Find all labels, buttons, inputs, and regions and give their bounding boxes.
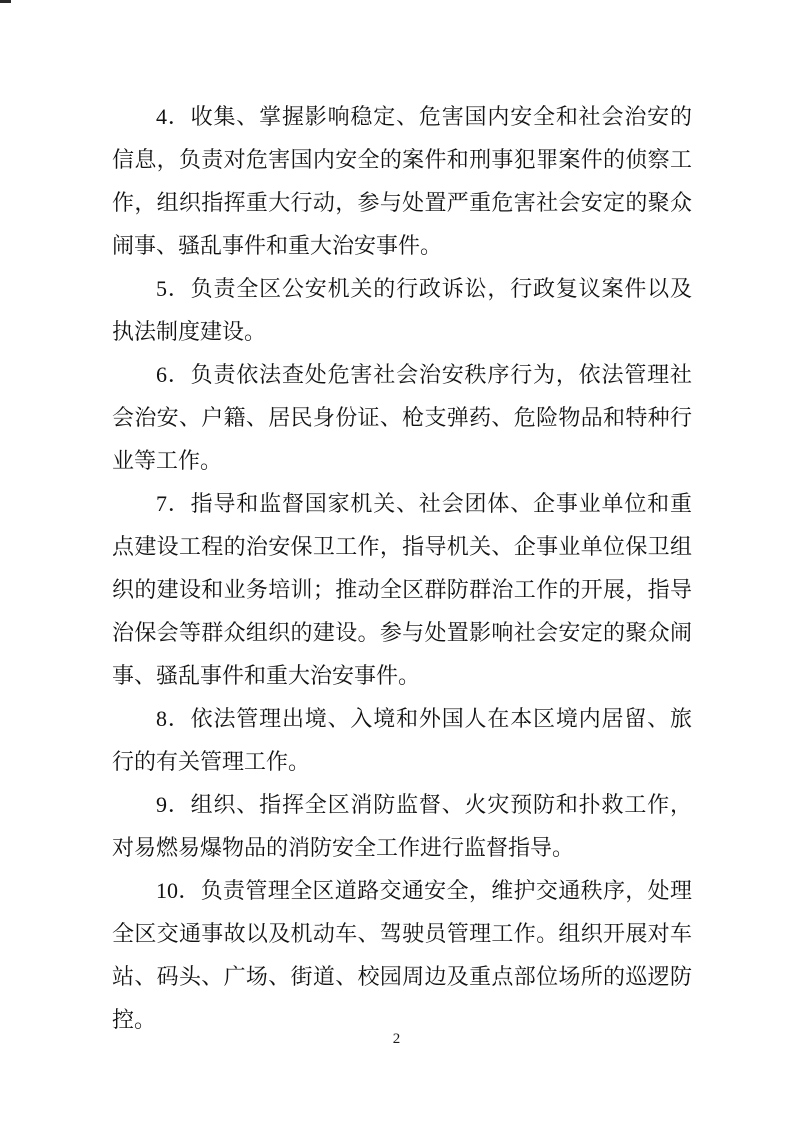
paragraph-2: 5．负责全区公安机关的行政诉讼，行政复议案件以及执法制度建设。 [112,267,692,353]
paragraph-5: 8．依法管理出境、入境和外国人在本区境内居留、旅行的有关管理工作。 [112,697,692,783]
document-body: 4．收集、掌握影响稳定、危害国内安全和社会治安的信息，负责对危害国内安全的案件和… [112,95,692,1041]
document-page: 4．收集、掌握影响稳定、危害国内安全和社会治安的信息，负责对危害国内安全的案件和… [0,0,793,1122]
page-number: 2 [393,1031,401,1047]
paragraph-3: 6．负责依法查处危害社会治安秩序行为，依法管理社会治安、户籍、居民身份证、枪支弹… [112,353,692,482]
page-footer: 2 [0,1030,793,1048]
paragraph-1: 4．收集、掌握影响稳定、危害国内安全和社会治安的信息，负责对危害国内安全的案件和… [112,95,692,267]
paragraph-4: 7．指导和监督国家机关、社会团体、企事业单位和重点建设工程的治安保卫工作，指导机… [112,482,692,697]
scan-artifact [0,0,11,3]
paragraph-6: 9．组织、指挥全区消防监督、火灾预防和扑救工作，对易燃易爆物品的消防安全工作进行… [112,783,692,869]
paragraph-7: 10．负责管理全区道路交通安全，维护交通秩序，处理全区交通事故以及机动车、驾驶员… [112,869,692,1041]
